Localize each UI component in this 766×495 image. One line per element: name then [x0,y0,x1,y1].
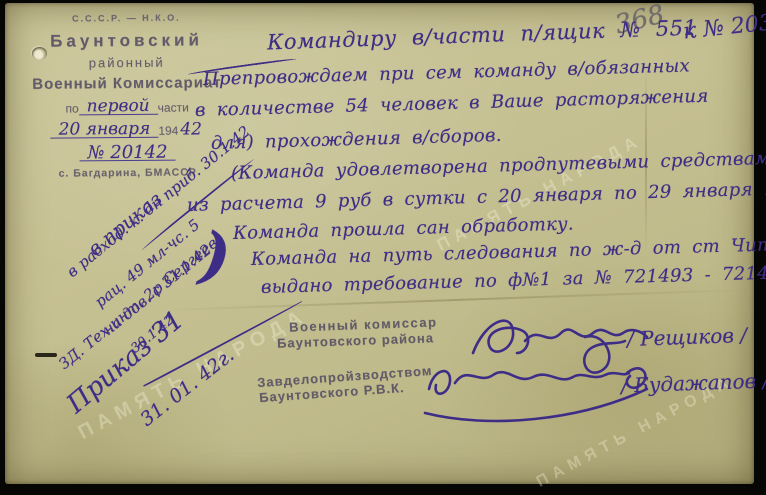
body-line: (Команда удовлетворена продпутевыми сред… [231,148,766,184]
document-paper: ПАМЯТЬ НАРОДА ПАМЯТЬ НАРОДА ПАМЯТЬ НАРОД… [5,3,754,484]
letterhead-dept-suffix: части [158,100,189,114]
letterhead-dept-value: первой [79,99,158,116]
letterhead-country-line: С.С.С.Р. — Н.К.О. [16,12,236,24]
body-line: Команда прошла сан обработку. [233,213,574,244]
ink-speck [35,353,57,357]
address-line: Командиру в/части п/ящик № 551 [267,15,698,54]
body-line: для) прохождения в/сборов. [211,125,502,154]
letterhead-dept-prefix: по [65,101,78,115]
letterhead-date-year: 42 [178,122,204,137]
scanned-document: ПАМЯТЬ НАРОДА ПАМЯТЬ НАРОДА ПАМЯТЬ НАРОД… [0,0,766,495]
letterhead-date-century: 194 [158,124,178,138]
body-line: в количестве 54 человек в Ваше расторяже… [195,86,709,121]
letterhead-date-row: 20 января 194 42 [17,121,237,139]
clerk-name: / Будажапов / [621,368,766,397]
letterhead-date-value: 20 января [51,122,159,139]
letterhead-doc-number: № 20142 [79,145,175,162]
body-line: из расчета 9 руб в сутки с 20 января по … [187,178,766,216]
commissar-name: / Рещиков / [627,323,748,351]
letterhead-district: Баунтовский [16,30,236,52]
